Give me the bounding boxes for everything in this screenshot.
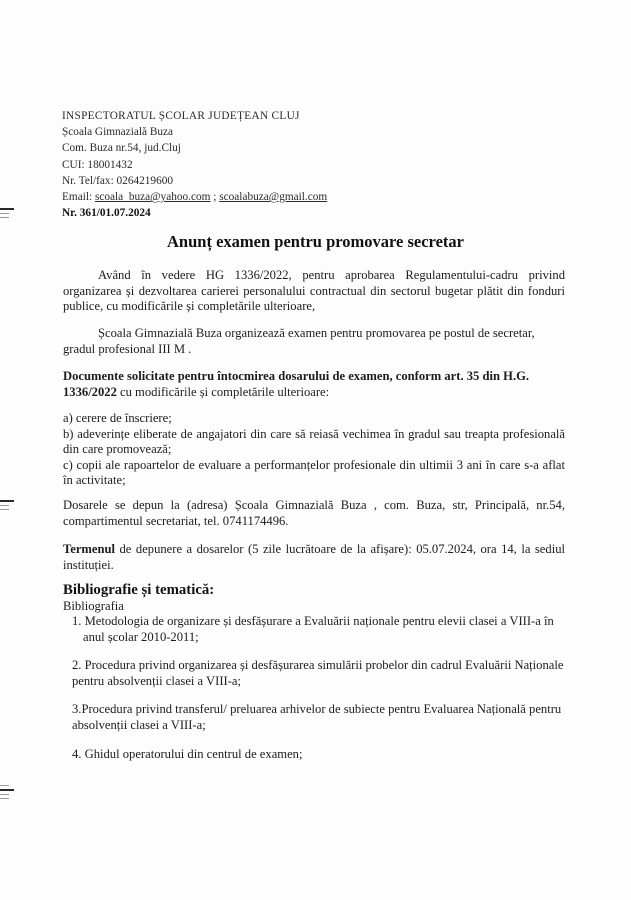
item-number: 4. <box>72 747 85 761</box>
item-text: Ghidul operatorului din centrul de exame… <box>85 747 303 761</box>
item-text: Procedura privind transferul/ preluarea … <box>72 702 561 732</box>
announcement-paragraph: Școala Gimnazială Buza organizează exame… <box>63 326 565 357</box>
documents-heading: Documente solicitate pentru întocmirea d… <box>63 369 565 400</box>
organization-name: INSPECTORATUL ȘCOLAR JUDEȚEAN CLUJ <box>62 108 327 124</box>
bibliography-item: 4. Ghidul operatorului din centrul de ex… <box>63 747 568 763</box>
documents-list: a) cerere de înscriere; b) adeverințe el… <box>63 411 565 489</box>
bibliography-item: 1. Metodologia de organizare și desfășur… <box>63 614 568 645</box>
document-item: c) copii ale rapoartelor de evaluare a p… <box>63 458 565 489</box>
item-number: 1. <box>72 614 85 628</box>
email-separator: ; <box>210 191 219 203</box>
document-title: Anunț examen pentru promovare secretar <box>0 232 631 252</box>
bibliography-heading: Bibliografie și tematică: <box>63 582 214 599</box>
registration-number: Nr. 361/01.07.2024 <box>62 205 327 221</box>
item-number: 2. <box>72 658 85 672</box>
school-name: Școala Gimnazială Buza <box>62 124 327 140</box>
email-link-gmail[interactable]: scoalabuza@gmail.com <box>219 191 327 203</box>
documents-heading-rest: cu modificările și completările ulterioa… <box>117 385 329 399</box>
document-page: INSPECTORATUL ȘCOLAR JUDEȚEAN CLUJ Școal… <box>0 0 631 900</box>
scan-margin-mark <box>0 208 14 221</box>
bibliography-list: 1. Metodologia de organizare și desfășur… <box>63 614 568 775</box>
school-phone: Nr. Tel/fax: 0264219600 <box>62 173 327 189</box>
item-text: Procedura privind organizarea și desfășu… <box>72 658 563 688</box>
deadline-text: de depunere a dosarelor (5 zile lucrătoa… <box>63 542 565 572</box>
school-email: Email: scoala_buza@yahoo.com ; scoalabuz… <box>62 189 327 205</box>
intro-paragraph: Având în vedere HG 1336/2022, pentru apr… <box>63 268 565 315</box>
deadline-label: Termenul <box>63 542 115 556</box>
letterhead: INSPECTORATUL ȘCOLAR JUDEȚEAN CLUJ Școal… <box>62 108 327 221</box>
scan-margin-mark <box>0 500 14 513</box>
school-cui: CUI: 18001432 <box>62 157 327 173</box>
bibliography-item: 3.Procedura privind transferul/ preluare… <box>63 702 568 733</box>
email-label: Email: <box>62 191 95 203</box>
document-item: a) cerere de înscriere; <box>63 411 565 427</box>
scan-margin-mark <box>0 785 14 802</box>
bibliography-item: 2. Procedura privind organizarea și desf… <box>63 658 568 689</box>
document-item: b) adeverințe eliberate de angajatori di… <box>63 427 565 458</box>
deadline-paragraph: Termenul de depunere a dosarelor (5 zile… <box>63 542 565 573</box>
email-link-yahoo[interactable]: scoala_buza@yahoo.com <box>95 191 210 203</box>
submission-paragraph: Dosarele se depun la (adresa) Școala Gim… <box>63 498 565 529</box>
item-text: Metodologia de organizare și desfășurare… <box>83 614 554 644</box>
school-address: Com. Buza nr.54, jud.Cluj <box>62 140 327 156</box>
bibliography-subheading: Bibliografia <box>63 599 124 614</box>
